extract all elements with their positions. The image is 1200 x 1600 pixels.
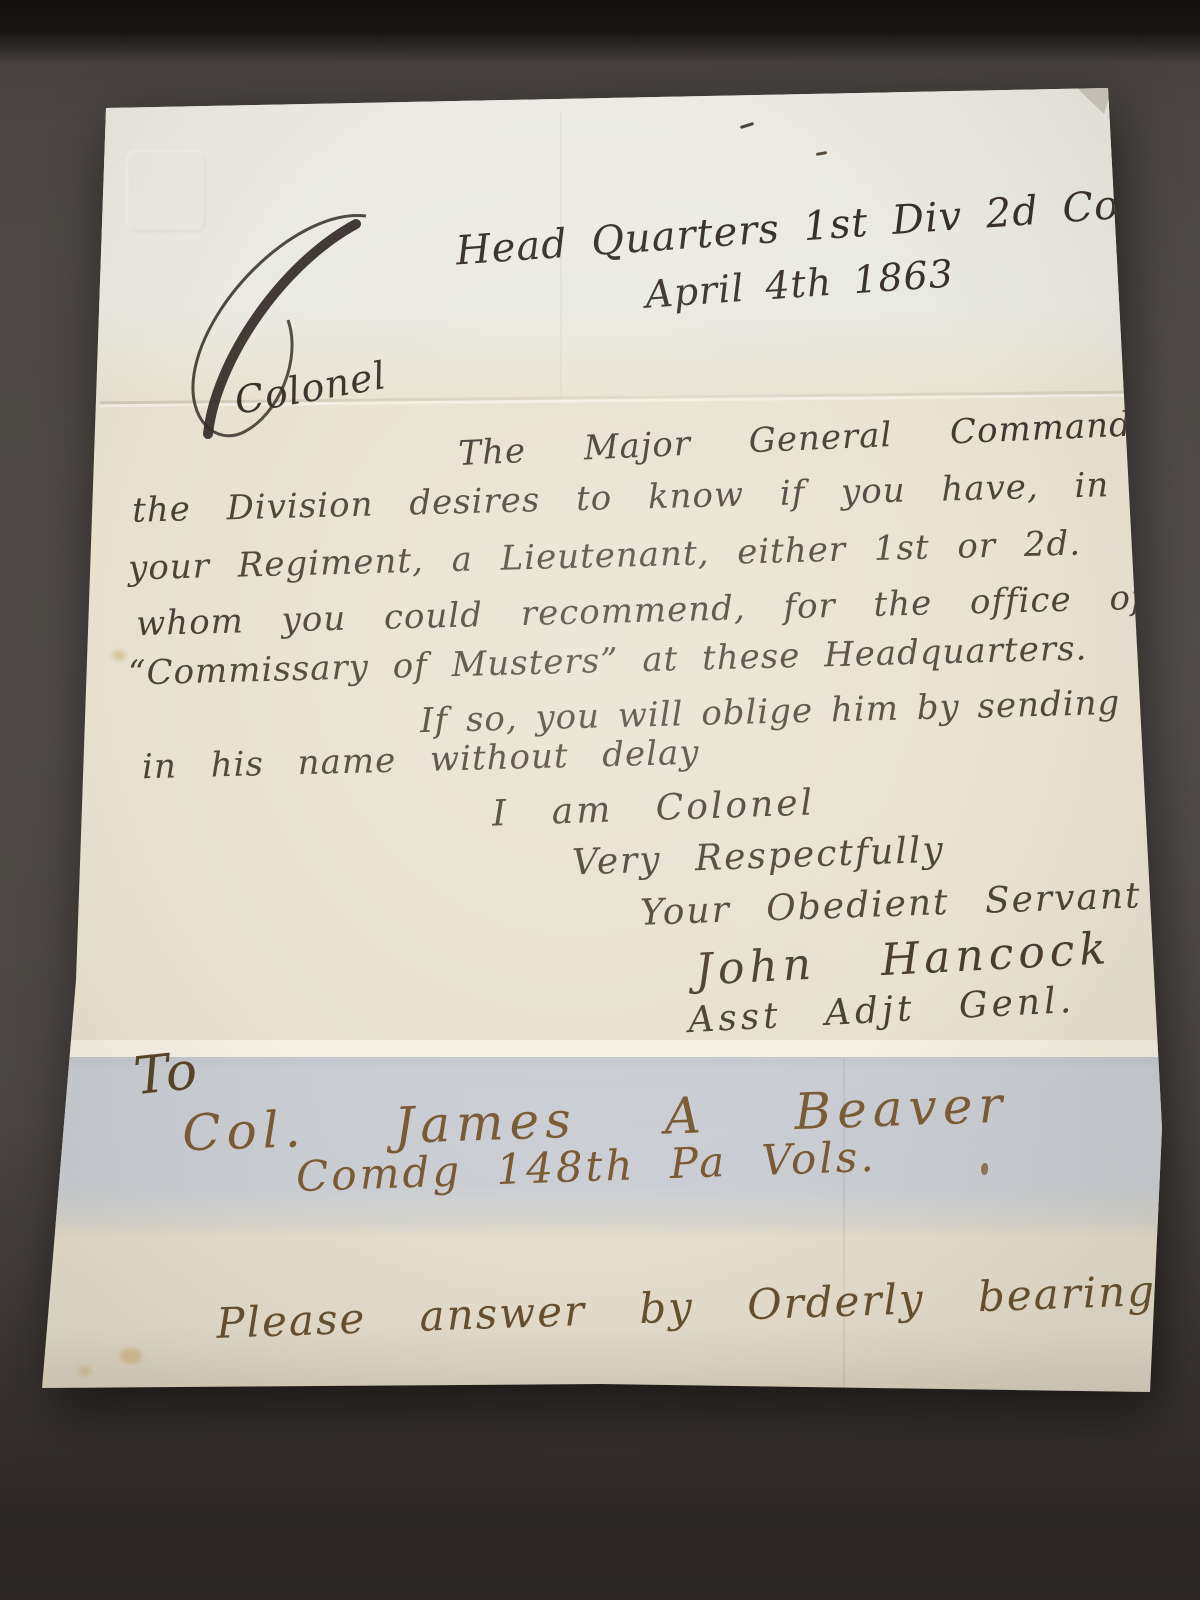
ink-speck bbox=[740, 122, 754, 129]
letter-paper: Head Quarters 1st Div 2d Corps April 4th… bbox=[0, 0, 1200, 1600]
ink-speck bbox=[981, 1163, 988, 1175]
body-line: your Regiment, a Lieutenant, either 1st … bbox=[128, 524, 1082, 589]
ink-speck bbox=[816, 151, 827, 156]
body-line: The Major General Commanding bbox=[457, 402, 1190, 474]
body-line: the Division desires to know if you have… bbox=[132, 465, 1110, 531]
foxing-stain bbox=[112, 650, 126, 661]
foxing-stain bbox=[120, 1348, 142, 1364]
letter-paper-shadow: Head Quarters 1st Div 2d Corps April 4th… bbox=[0, 0, 1200, 1600]
heading-line-2: April 4th 1863 bbox=[644, 251, 955, 316]
closing-line: Very Respectfully bbox=[571, 830, 945, 884]
flourish-capital-c-icon bbox=[150, 202, 390, 457]
paper-bottom-shade bbox=[0, 1325, 1200, 1395]
postscript-line: Please answer by Orderly bearing this bbox=[215, 1261, 1200, 1348]
photo-backdrop: Head Quarters 1st Div 2d Corps April 4th… bbox=[0, 0, 1200, 1600]
foxing-stain bbox=[78, 1366, 92, 1376]
dogear-corner bbox=[1076, 87, 1112, 114]
addressee-prefix: To bbox=[131, 1041, 201, 1107]
closing-line: I am Colonel bbox=[491, 782, 815, 834]
body-line: If so, you will oblige him by sending bbox=[420, 683, 1121, 741]
body-line: in his name without delay bbox=[142, 733, 700, 788]
